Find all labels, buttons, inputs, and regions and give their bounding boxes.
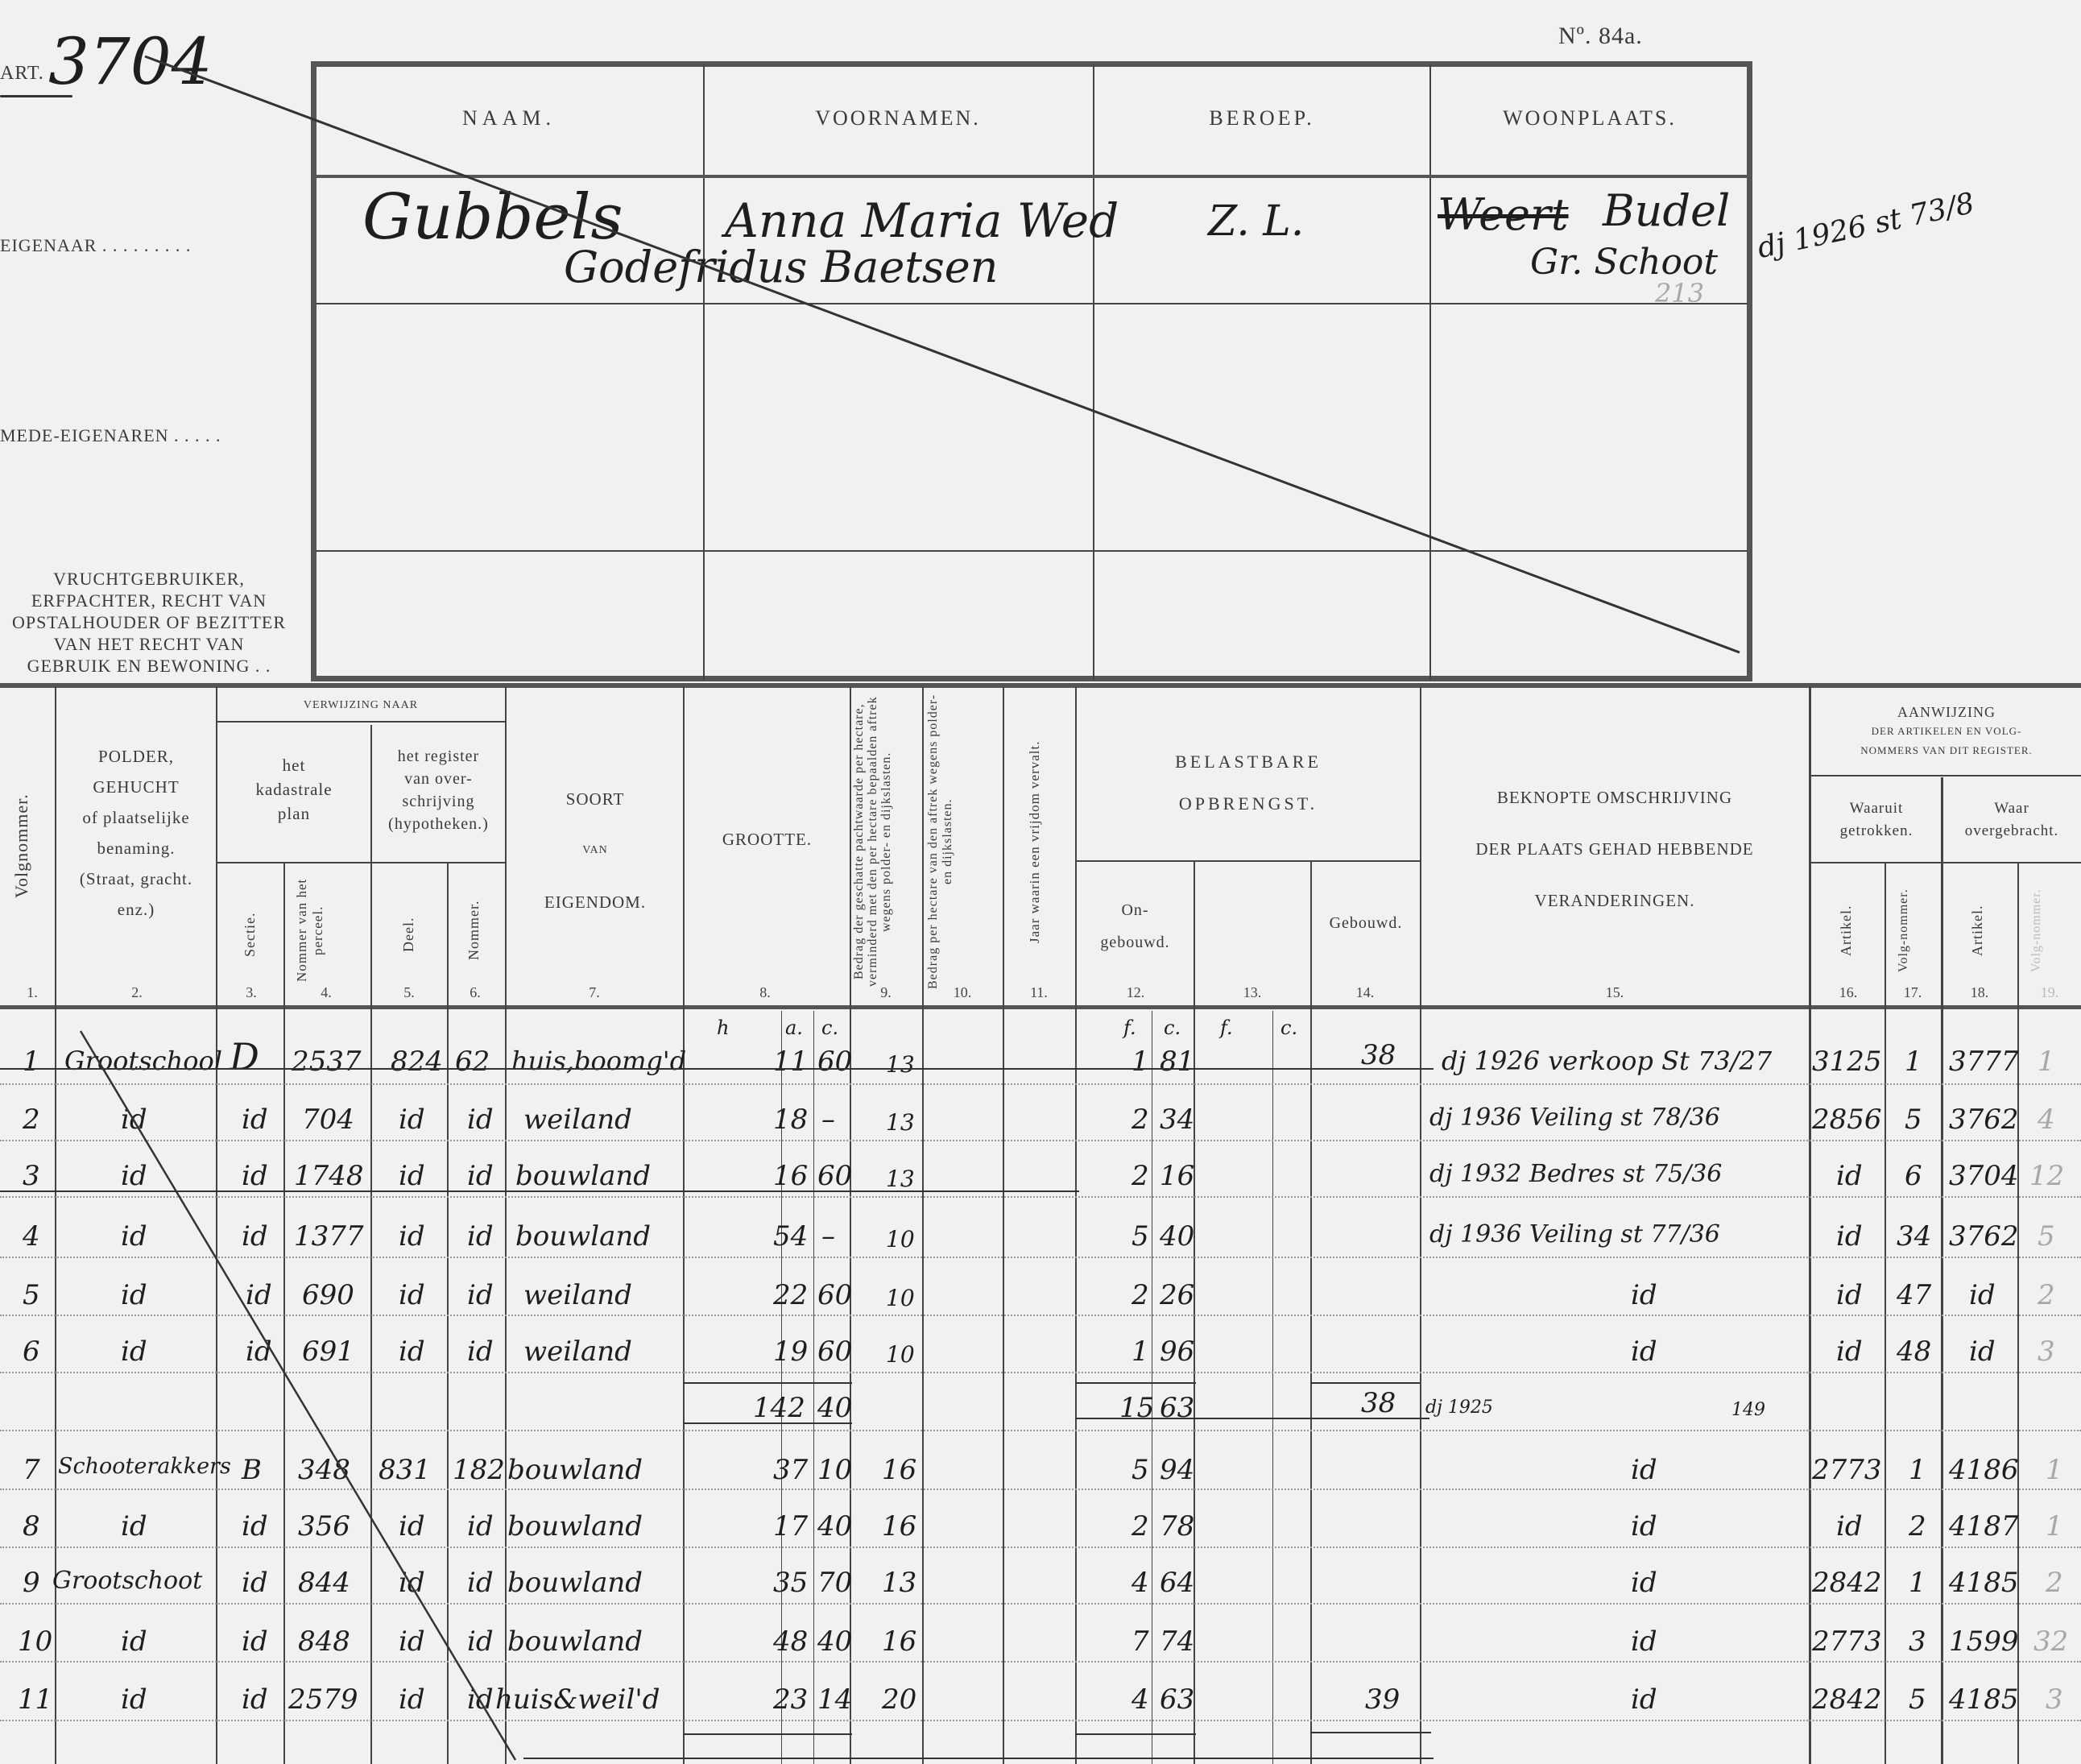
cell-omschrijving: id	[1631, 1683, 1657, 1716]
subtotal-note: dj 1925	[1425, 1398, 1493, 1418]
header-perceel: Nommer van het perceel.	[294, 870, 358, 991]
col-line	[1884, 862, 1886, 1764]
col-subline	[1272, 1011, 1273, 1764]
hom-l3: VERANDERINGEN.	[1421, 875, 1808, 926]
cell-pacht: 13	[886, 1109, 915, 1136]
cell-a: 11	[773, 1046, 808, 1078]
cell-gebouwd: 39	[1365, 1683, 1400, 1716]
h2-l2: GEHUCHT	[56, 772, 216, 802]
header-kadastrale: het kadastrale plan	[217, 753, 370, 826]
colnum-13: 13.	[1236, 984, 1268, 1001]
head-rule	[216, 721, 506, 723]
cell-ong-c: 34	[1160, 1104, 1194, 1136]
cell-c: 40	[817, 1510, 852, 1542]
cell-vn17: 5	[1905, 1104, 1922, 1136]
colnum-8: 8.	[749, 984, 781, 1001]
hk-l2: kadastrale	[217, 777, 370, 801]
cell-vn17: 34	[1897, 1220, 1931, 1253]
header-nommer: Nommer.	[465, 878, 482, 983]
cell-pacht: 16	[882, 1454, 916, 1486]
cell-pacht: 10	[886, 1285, 915, 1311]
total-rule-14	[1310, 1732, 1431, 1733]
cell-pacht: 16	[882, 1510, 916, 1542]
cell-ong-f: 1	[1132, 1046, 1149, 1078]
cell-art16: id	[1836, 1510, 1863, 1542]
hs-l2: VAN	[507, 825, 683, 876]
cell-ong-f: 4	[1132, 1567, 1149, 1599]
colnum-12: 12.	[1119, 984, 1152, 1001]
colnum-16: 16.	[1832, 984, 1864, 1001]
header-omschrijving: BEKNOPTE OMSCHRIJVING DER PLAATS GEHAD H…	[1421, 772, 1808, 926]
colnum-14: 14.	[1349, 984, 1381, 1001]
cell-pacht: 10	[886, 1341, 915, 1368]
cell-ong-f: 2	[1132, 1279, 1149, 1311]
cell-omschrijving: id	[1631, 1510, 1657, 1542]
cell-c: 70	[817, 1567, 852, 1599]
cell-vn19: 1	[2046, 1454, 2063, 1486]
ha-l3: NOMMERS VAN DIT REGISTER.	[1812, 741, 2081, 760]
header-deel: Deel.	[400, 894, 417, 975]
header-artikel-18: Artikel.	[1969, 886, 1986, 975]
cell-c: 60	[817, 1335, 852, 1368]
subtotal-ong-c: 63	[1160, 1392, 1194, 1424]
cell-ong-c: 26	[1160, 1279, 1194, 1311]
cell-omschrijving: dj 1926 verkoop St 73/27	[1442, 1046, 1772, 1076]
ha-l1: AANWIJZING	[1812, 702, 2081, 722]
unit-c-13: c.	[1280, 1017, 1297, 1039]
col-subline	[1152, 1011, 1152, 1764]
unit-c-12: c.	[1164, 1017, 1181, 1039]
header-aanwijzing: AANWIJZING DER ARTIKELEN EN VOLG- NOMMER…	[1812, 702, 2081, 760]
cell-vn19: 1	[2046, 1510, 2063, 1542]
h2-l6: enz.)	[56, 894, 216, 925]
cell-art16: id	[1836, 1160, 1863, 1192]
cell-art18: 3762	[1949, 1220, 2019, 1253]
cell-ong-f: 2	[1132, 1160, 1149, 1192]
header-waarheen: Waar overgebracht.	[1942, 797, 2081, 843]
cell-pacht: 13	[886, 1166, 915, 1192]
h2-l5: (Straat, gracht.	[56, 863, 216, 894]
cancel-diagonal-table	[0, 999, 564, 1764]
cell-art18: 4186	[1949, 1454, 2019, 1486]
unit-f-13: f.	[1220, 1017, 1233, 1039]
unit-f-12: f.	[1123, 1017, 1136, 1039]
cell-ong-f: 5	[1132, 1220, 1149, 1253]
cell-pacht: 20	[882, 1683, 916, 1716]
cell-vn17: 6	[1905, 1160, 1922, 1192]
cell-vn17: 1	[1909, 1567, 1926, 1599]
cell-pacht: 13	[886, 1051, 915, 1078]
cell-omschrijving: id	[1631, 1454, 1657, 1486]
h2-l3: of plaatselijke	[56, 802, 216, 833]
cell-a: 54	[773, 1220, 808, 1253]
header-grootte: GROOTTE.	[685, 830, 850, 850]
col-subline	[813, 1011, 814, 1764]
cell-art18: 3704	[1949, 1160, 2019, 1192]
subtotal-note-num: 149	[1731, 1400, 1765, 1420]
total-strike	[523, 1758, 1434, 1759]
cell-art16: 2856	[1812, 1104, 1882, 1136]
ho-l1: On-	[1077, 894, 1194, 926]
hs-l3: EIGENDOM.	[507, 876, 683, 928]
cell-a: 16	[773, 1160, 808, 1192]
header-polder: POLDER, GEHUCHT of plaatselijke benaming…	[56, 741, 216, 925]
cell-c: –	[821, 1104, 835, 1136]
header-register: het register van over- schrijving (hypot…	[372, 745, 505, 835]
cell-pacht: 16	[882, 1625, 916, 1658]
cell-a: 22	[773, 1279, 808, 1311]
cell-omschrijving: id	[1631, 1567, 1657, 1599]
header-sectie: Sectie.	[242, 886, 259, 983]
table-top-border	[0, 683, 2081, 688]
header-volgnommer-17: Volg-nommer.	[1897, 878, 1933, 983]
hk-l3: plan	[217, 801, 370, 826]
head-rule	[216, 862, 506, 863]
cell-vn19: 32	[2033, 1625, 2068, 1658]
cell-pacht: 10	[886, 1226, 915, 1253]
cell-art18: id	[1969, 1335, 1996, 1368]
cell-art16: 3125	[1812, 1046, 1882, 1078]
colnum-18: 18.	[1963, 984, 1996, 1001]
colnum-11: 11.	[1023, 984, 1055, 1001]
total-rule	[683, 1733, 852, 1735]
cell-vn17: 2	[1909, 1510, 1926, 1542]
cell-omschrijving: id	[1631, 1335, 1657, 1368]
header-pachtwaarde: Bedrag der geschatte pachtwaarde per hec…	[852, 693, 920, 991]
cell-vn19: 3	[2038, 1335, 2055, 1368]
unit-c: c.	[821, 1017, 838, 1039]
cell-ong-c: 63	[1160, 1683, 1194, 1716]
cell-vn19: 4	[2038, 1104, 2055, 1136]
header-waaruit: Waaruit getrokken.	[1812, 797, 1941, 843]
cell-omschrijving: id	[1631, 1625, 1657, 1658]
cell-a: 48	[773, 1625, 808, 1658]
cell-art18: 3777	[1949, 1046, 2019, 1078]
header-belastbare: BELASTBARE OPBRENGST.	[1077, 741, 1420, 825]
hw-l1: Waaruit	[1812, 797, 1941, 820]
cell-vn17: 1	[1905, 1046, 1922, 1078]
cell-c: –	[821, 1220, 835, 1253]
cell-pacht: 13	[882, 1567, 916, 1599]
cell-a: 17	[773, 1510, 808, 1542]
hr-l2: van over-	[372, 768, 505, 790]
cell-c: 14	[817, 1683, 852, 1716]
colnum-9: 9.	[870, 984, 902, 1001]
cell-ong-f: 2	[1132, 1104, 1149, 1136]
cell-art16: id	[1836, 1220, 1863, 1253]
hs-l1: SOORT	[507, 773, 683, 825]
col-line	[1310, 860, 1312, 1764]
hom-l1: BEKNOPTE OMSCHRIJVING	[1421, 772, 1808, 823]
cell-vn19: 1	[2038, 1046, 2055, 1078]
cell-art18: id	[1969, 1279, 1996, 1311]
colnum-7: 7.	[578, 984, 610, 1001]
hr-l4: (hypotheken.)	[372, 813, 505, 835]
cell-art18: 4185	[1949, 1567, 2019, 1599]
cancel-diagonal-top	[0, 0, 2081, 685]
subtotal-a: 142	[753, 1392, 805, 1424]
cell-ong-c: 74	[1160, 1625, 1194, 1658]
header-verwijzing: VERWIJZING NAAR	[217, 699, 504, 712]
head-rule	[1810, 775, 2081, 776]
cell-art16: 2842	[1812, 1567, 1882, 1599]
unit-a: a.	[785, 1017, 803, 1039]
hom-l2: DER PLAATS GEHAD HEBBENDE	[1421, 823, 1808, 875]
subtotal-rule-top-12	[1075, 1382, 1196, 1384]
cell-ong-c: 78	[1160, 1510, 1194, 1542]
cell-a: 23	[773, 1683, 808, 1716]
cell-omschrijving: dj 1936 Veiling st 78/36	[1429, 1104, 1720, 1132]
hr-l3: schrijving	[372, 790, 505, 813]
header-volgnommer-19: Volg-nommer.	[2029, 878, 2066, 983]
cell-a: 37	[773, 1454, 808, 1486]
cell-c: 60	[817, 1046, 852, 1078]
cell-vn19: 5	[2038, 1220, 2055, 1253]
cell-c: 60	[817, 1279, 852, 1311]
h2-l4: benaming.	[56, 833, 216, 863]
head-rule	[1075, 860, 1420, 862]
cell-a: 18	[773, 1104, 808, 1136]
cell-vn19: 2	[2046, 1567, 2063, 1599]
cell-art16: 2773	[1812, 1454, 1882, 1486]
col-line	[1941, 777, 1943, 1764]
cell-vn17: 3	[1909, 1625, 1926, 1658]
hr-l1: het register	[372, 745, 505, 768]
h2-l1: POLDER,	[56, 741, 216, 772]
cell-ong-c: 96	[1160, 1335, 1194, 1368]
cell-ong-f: 2	[1132, 1510, 1149, 1542]
cell-art18: 4185	[1949, 1683, 2019, 1716]
cell-omschrijving: dj 1932 Bedres st 75/36	[1429, 1160, 1722, 1188]
cell-art16: id	[1836, 1335, 1863, 1368]
cell-c: 40	[817, 1625, 852, 1658]
head-rule	[1810, 862, 2081, 863]
colnum-10: 10.	[946, 984, 978, 1001]
cell-art16: 2773	[1812, 1625, 1882, 1658]
header-volgnommer: Volgnommer.	[11, 757, 32, 934]
subtotal-c: 40	[817, 1392, 852, 1424]
cell-ong-f: 5	[1132, 1454, 1149, 1486]
total-rule-12	[1075, 1733, 1196, 1735]
header-soort: SOORT VAN EIGENDOM.	[507, 773, 683, 928]
cell-ong-c: 94	[1160, 1454, 1194, 1486]
hb-l1: BELASTBARE	[1077, 741, 1420, 783]
cell-art18: 1599	[1949, 1625, 2019, 1658]
subtotal-ong-f: 15	[1119, 1392, 1154, 1424]
cell-vn17: 48	[1897, 1335, 1931, 1368]
hw-l2: getrokken.	[1812, 820, 1941, 843]
header-ongebouwd: On- gebouwd.	[1077, 894, 1194, 959]
unit-h: h	[717, 1017, 729, 1039]
colnum-19: 19.	[2033, 984, 2066, 1001]
cell-vn17: 5	[1909, 1683, 1926, 1716]
cell-vn19: 2	[2038, 1279, 2055, 1311]
cell-art16: 2842	[1812, 1683, 1882, 1716]
cell-art18: 3762	[1949, 1104, 2019, 1136]
hwh-l1: Waar	[1942, 797, 2081, 820]
cell-vn19: 3	[2046, 1683, 2063, 1716]
header-vrijdom: Jaar waarin een vrijdom vervalt.	[1027, 693, 1043, 991]
cell-ong-c: 40	[1160, 1220, 1194, 1253]
header-gebouwd: Gebouwd.	[1312, 914, 1420, 933]
cell-c: 60	[817, 1160, 852, 1192]
cell-ong-f: 7	[1132, 1625, 1149, 1658]
colnum-15: 15.	[1599, 984, 1631, 1001]
hk-l1: het	[217, 753, 370, 777]
header-aftrek: Bedrag per hectare van den aftrek wegens…	[926, 693, 999, 991]
cell-a: 35	[773, 1567, 808, 1599]
cell-vn17: 1	[1909, 1454, 1926, 1486]
colnum-17: 17.	[1897, 984, 1929, 1001]
hwh-l2: overgebracht.	[1942, 820, 2081, 843]
cell-ong-c: 16	[1160, 1160, 1194, 1192]
cell-omschrijving: id	[1631, 1279, 1657, 1311]
cell-a: 19	[773, 1335, 808, 1368]
cell-c: 10	[817, 1454, 852, 1486]
cell-omschrijving: dj 1936 Veiling st 77/36	[1429, 1220, 1720, 1248]
subtotal-gebouwd: 38	[1361, 1387, 1396, 1419]
cell-ong-c: 64	[1160, 1567, 1194, 1599]
cell-gebouwd: 38	[1361, 1039, 1396, 1071]
ho-l2: gebouwd.	[1077, 926, 1194, 959]
cell-art16: id	[1836, 1279, 1863, 1311]
ha-l2: DER ARTIKELEN EN VOLG-	[1812, 722, 2081, 741]
cell-vn17: 47	[1897, 1279, 1931, 1311]
cell-ong-c: 81	[1160, 1046, 1194, 1078]
cell-ong-f: 1	[1132, 1335, 1149, 1368]
subtotal-rule-top	[683, 1382, 852, 1384]
header-artikel-16: Artikel.	[1838, 886, 1855, 975]
cell-art18: 4187	[1949, 1510, 2019, 1542]
subtotal-rule-top-14	[1310, 1382, 1420, 1384]
hb-l2: OPBRENGST.	[1077, 783, 1420, 825]
cell-vn19: 12	[2029, 1160, 2064, 1192]
cell-ong-f: 4	[1132, 1683, 1149, 1716]
